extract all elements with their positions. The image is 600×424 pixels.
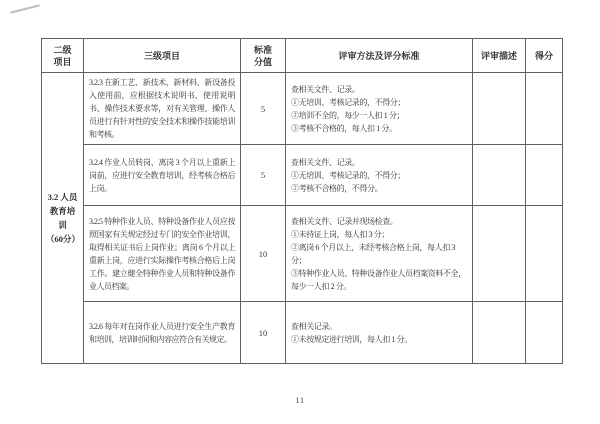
points-cell	[526, 206, 563, 302]
table-row: 3.2 人员 教育培训 （60分） 3.2.3 在新工艺、新技术、新材料、新设备…	[42, 73, 563, 145]
method-cell: 查相关文件、记录。 ①无培训、考核记录的，不得分； ②培训不全的，每少一人扣 1…	[286, 73, 473, 145]
table-row: 3.2.6 每年对在岗作业人员进行安全生产教育和培训，培训时间和内容应符合有关规…	[42, 302, 563, 364]
item-cell: 3.2.5 特种作业人员、特种设备作业人员应按照国家有关规定经过专门的安全作业培…	[84, 206, 241, 302]
table-header-row: 二级 项目 三级项目 标准 分值 评审方法及评分标准 评审描述 得分	[42, 39, 563, 73]
review-description-cell	[473, 206, 526, 302]
category-cell: 3.2 人员 教育培训 （60分）	[42, 73, 84, 364]
item-cell: 3.2.4 作业人员转岗、离岗 3 个月以上重新上岗前，应进行安全教育培训，经考…	[84, 145, 241, 206]
scan-artifact	[10, 4, 39, 13]
method-cell: 查相关记录。 ①未按规定进行培训，每人扣 1 分。	[286, 302, 473, 364]
review-description-cell	[473, 145, 526, 206]
method-cell: 查相关文件、记录并现场检查。 ①未持证上岗，每人扣 3 分； ②离岗 6 个月以…	[286, 206, 473, 302]
points-cell	[526, 302, 563, 364]
header-review-description: 评审描述	[473, 39, 526, 73]
table-row: 3.2.4 作业人员转岗、离岗 3 个月以上重新上岗前，应进行安全教育培训，经考…	[42, 145, 563, 206]
points-cell	[526, 73, 563, 145]
document-page: 二级 项目 三级项目 标准 分值 评审方法及评分标准 评审描述 得分 3.2 人…	[0, 0, 600, 424]
review-description-cell	[473, 302, 526, 364]
score-cell: 5	[241, 73, 286, 145]
points-cell	[526, 145, 563, 206]
evaluation-table: 二级 项目 三级项目 标准 分值 评审方法及评分标准 评审描述 得分 3.2 人…	[41, 38, 563, 364]
header-points: 得分	[526, 39, 563, 73]
item-cell: 3.2.3 在新工艺、新技术、新材料、新设备投入使用前，应根据技术说明书、使用说…	[84, 73, 241, 145]
header-standard-score: 标准 分值	[241, 39, 286, 73]
score-cell: 5	[241, 145, 286, 206]
item-cell: 3.2.6 每年对在岗作业人员进行安全生产教育和培训，培训时间和内容应符合有关规…	[84, 302, 241, 364]
score-cell: 10	[241, 302, 286, 364]
header-level2-project: 二级 项目	[42, 39, 84, 73]
page-number: 11	[0, 395, 600, 405]
header-review-method: 评审方法及评分标准	[286, 39, 473, 73]
header-level3-project: 三级项目	[84, 39, 241, 73]
method-cell: 查相关文件、记录。 ①无培训、考核记录的，不得分； ②考核不合格的，不得分。	[286, 145, 473, 206]
table-row: 3.2.5 特种作业人员、特种设备作业人员应按照国家有关规定经过专门的安全作业培…	[42, 206, 563, 302]
score-cell: 10	[241, 206, 286, 302]
review-description-cell	[473, 73, 526, 145]
